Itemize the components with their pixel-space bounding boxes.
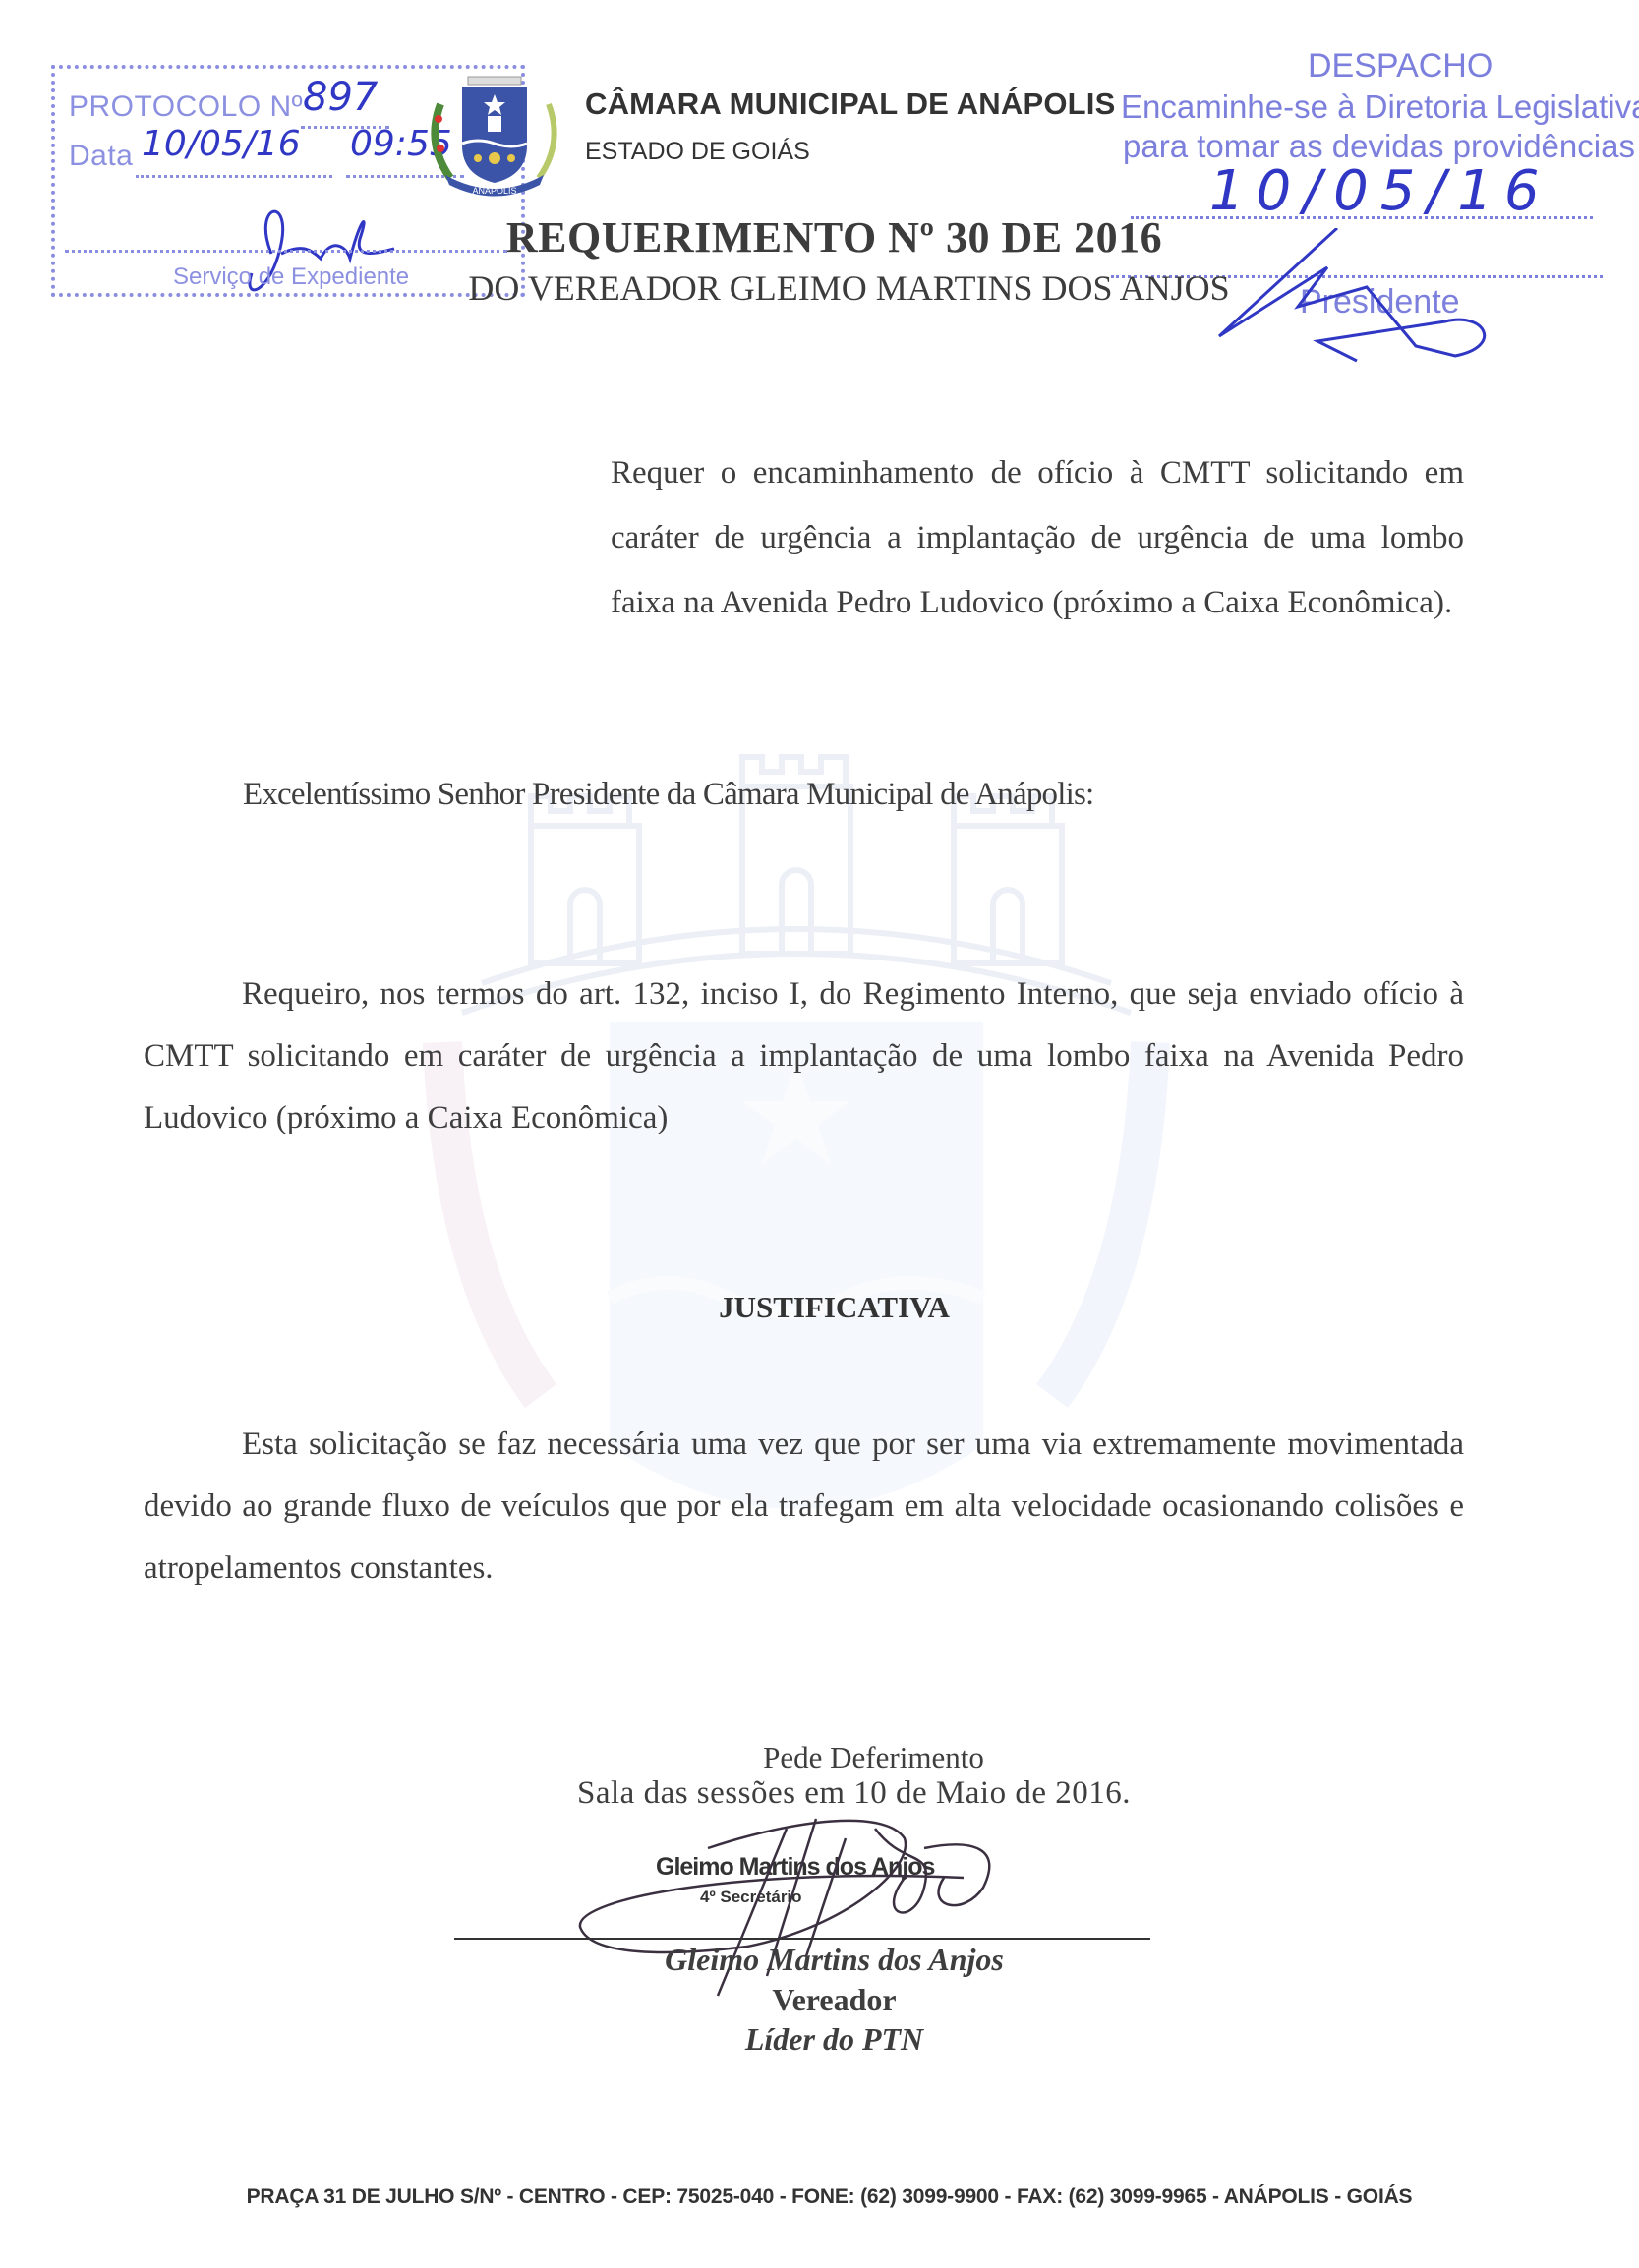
document-summary: Requer o encaminhamento de ofício à CMTT… [611, 440, 1464, 635]
signer-name: Gleimo Martins dos Anjos [0, 1942, 1639, 1978]
closing-place-date: Sala das sessões em 10 de Maio de 2016. [0, 1775, 1639, 1812]
signature-line [454, 1938, 1150, 1940]
signer-role: Vereador [0, 1982, 1639, 2018]
institution-name: CÂMARA MUNICIPAL DE ANÁPOLIS [585, 87, 1116, 122]
svg-text:ANÁPOLIS: ANÁPOLIS [472, 186, 516, 196]
footer-address: PRAÇA 31 DE JULHO S/Nº - CENTRO - CEP: 7… [0, 2185, 1639, 2209]
document-subtitle: DO VEREADOR GLEIMO MARTINS DOS ANJOS [0, 267, 1639, 309]
request-paragraph: Requeiro, nos termos do art. 132, inciso… [144, 963, 1464, 1149]
closing-request: Pede Deferimento [0, 1740, 1639, 1775]
despacho-line-1: Encaminhe-se à Diretoria Legislativa [1121, 88, 1639, 126]
despacho-title: DESPACHO [1308, 47, 1493, 86]
protocol-date: 10/05/16 [142, 124, 301, 164]
signer-party: Líder do PTN [0, 2021, 1639, 2058]
state-name: ESTADO DE GOIÁS [585, 138, 810, 166]
document-title: REQUERIMENTO Nº 30 DE 2016 [0, 212, 1639, 262]
justification-paragraph: Esta solicitação se faz necessária uma v… [144, 1414, 1464, 1599]
salutation: Excelentíssimo Senhor Presidente da Câma… [243, 777, 1093, 813]
despacho-stamp: DESPACHO Encaminhe-se à Diretoria Legisl… [1111, 41, 1622, 366]
protocol-label: PROTOCOLO Nº [69, 90, 303, 124]
protocol-number: 897 [303, 75, 378, 120]
municipal-crest-icon: ANÁPOLIS [421, 65, 568, 203]
date-label: Data [69, 140, 133, 173]
justification-heading: JUSTIFICATIVA [0, 1290, 1639, 1325]
